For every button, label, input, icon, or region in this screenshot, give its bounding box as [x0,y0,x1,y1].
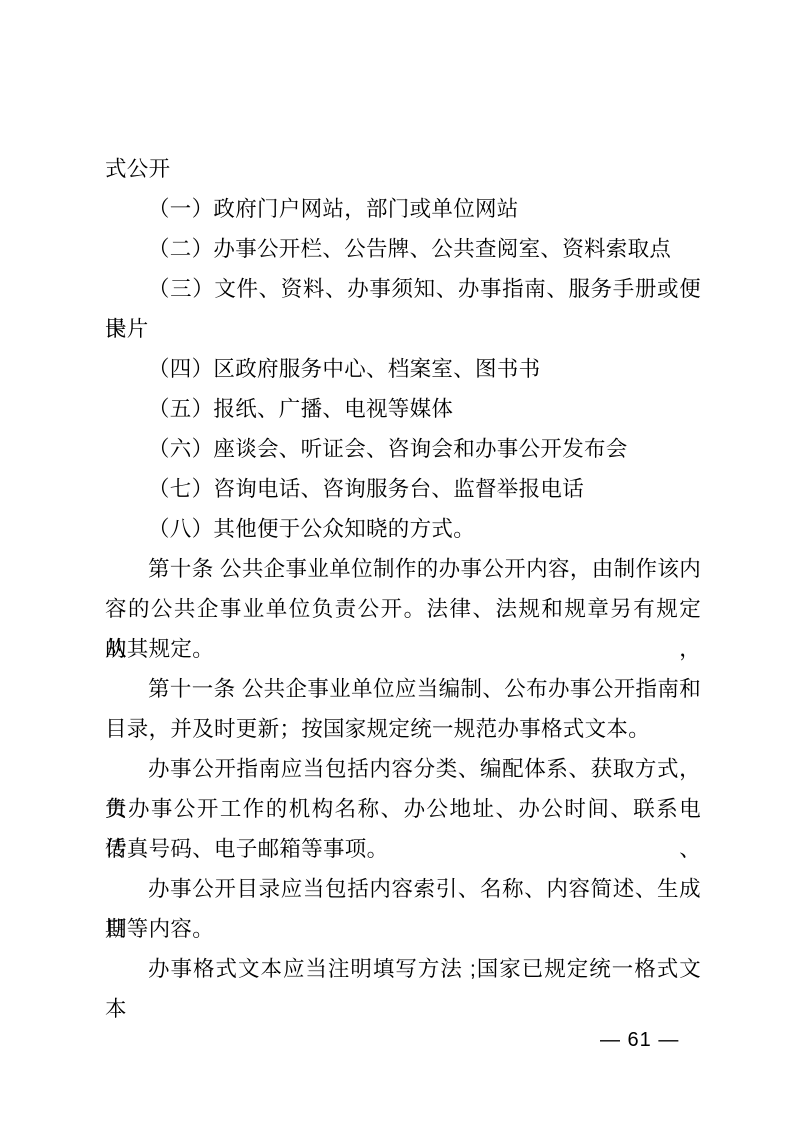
document-page: 式公开（一）政府门户网站，部门或单位网站（二）办事公开栏、公告牌、公共查阅室、资… [0,0,793,1122]
text-line: 办事格式文本应当注明填写方法 ;国家已规定统一格式文本 [105,949,701,989]
text-line: （三）文件、资料、办事须知、办事指南、服务手册或便民 [105,269,701,309]
text-line: （六）座谈会、听证会、咨询会和办事公开发布会 [105,429,701,469]
text-line: 责办事公开工作的机构名称、办公地址、办公时间、联系电话、 [105,789,701,829]
document-body: 式公开（一）政府门户网站，部门或单位网站（二）办事公开栏、公告牌、公共查阅室、资… [105,149,701,989]
text-line: （二）办事公开栏、公告牌、公共查阅室、资料索取点 [105,229,701,269]
text-line: （八）其他便于公众知晓的方式。 [105,509,701,549]
text-line: 容的公共企事业单位负责公开。法律、法规和规章另有规定的， [105,589,701,629]
text-line: 办事公开指南应当包括内容分类、编配体系、获取方式，负 [105,749,701,789]
text-line: 第十条 公共企事业单位制作的办事公开内容，由制作该内 [105,549,701,589]
text-line: 办事公开目录应当包括内容索引、名称、内容简述、生成日 [105,869,701,909]
text-line: 式公开 [105,149,701,189]
text-line: （五）报纸、广播、电视等媒体 [105,389,701,429]
page-number: — 61 — [600,1029,679,1052]
text-line: （七）咨询电话、咨询服务台、监督举报电话 [105,469,701,509]
text-line: 第十一条 公共企事业单位应当编制、公布办事公开指南和 [105,669,701,709]
text-line: （一）政府门户网站，部门或单位网站 [105,189,701,229]
text-line: （四）区政府服务中心、档案室、图书书 [105,349,701,389]
text-line: 期等内容。 [105,909,701,949]
text-line: 卡片 [105,309,701,349]
text-line: 目录，并及时更新；按国家规定统一规范办事格式文本。 [105,709,701,749]
